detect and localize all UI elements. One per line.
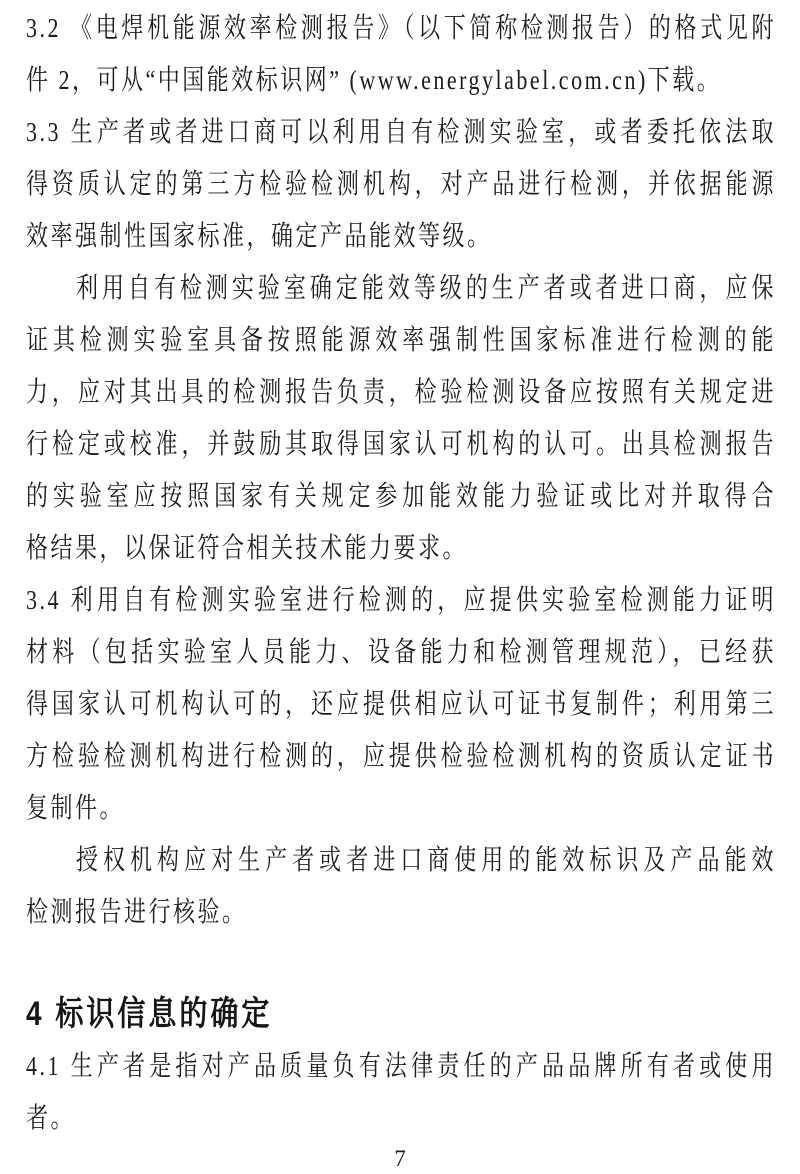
body-line: 者。 bbox=[26, 1085, 776, 1151]
document-body: 3.2 《电焊机能源效率检测报告》（以下简称检测报告）的格式见附 件 2，可从“… bbox=[0, 0, 800, 1144]
document-page: 3.2 《电焊机能源效率检测报告》（以下简称检测报告）的格式见附 件 2，可从“… bbox=[0, 0, 800, 1174]
body-line: 检测报告进行核验。 bbox=[26, 879, 776, 945]
